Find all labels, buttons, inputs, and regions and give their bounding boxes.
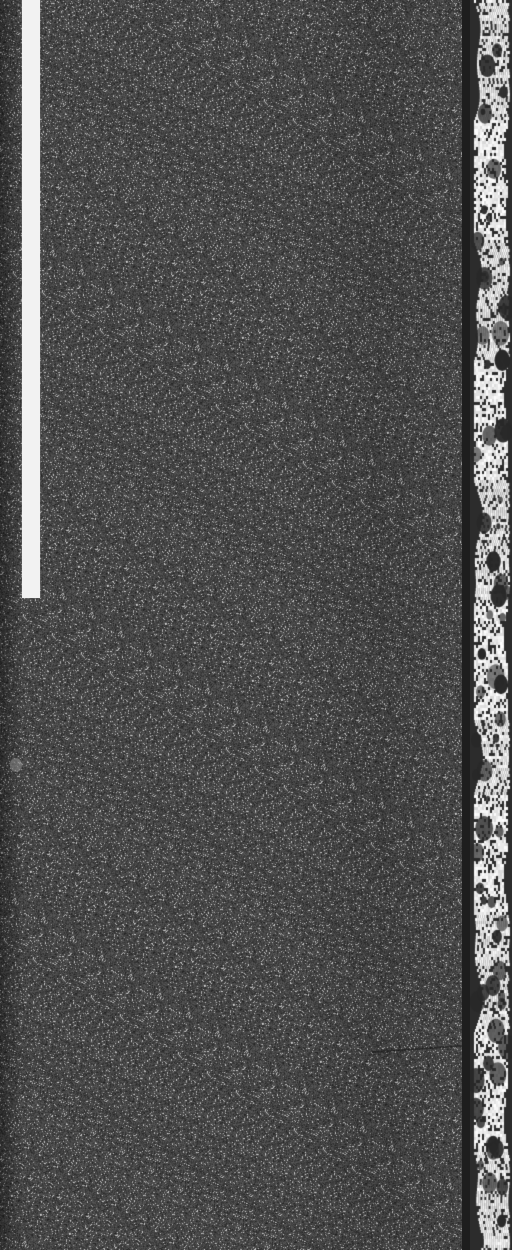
tire-track-band	[300, 0, 460, 1250]
pavement-scene	[0, 0, 512, 1250]
left-edge-shadow	[0, 0, 22, 1250]
pavement-spot	[10, 758, 22, 772]
worn-white-edge-line	[470, 0, 512, 1250]
solid-white-lane-line	[22, 0, 40, 598]
dark-curb-gap	[462, 0, 470, 1250]
